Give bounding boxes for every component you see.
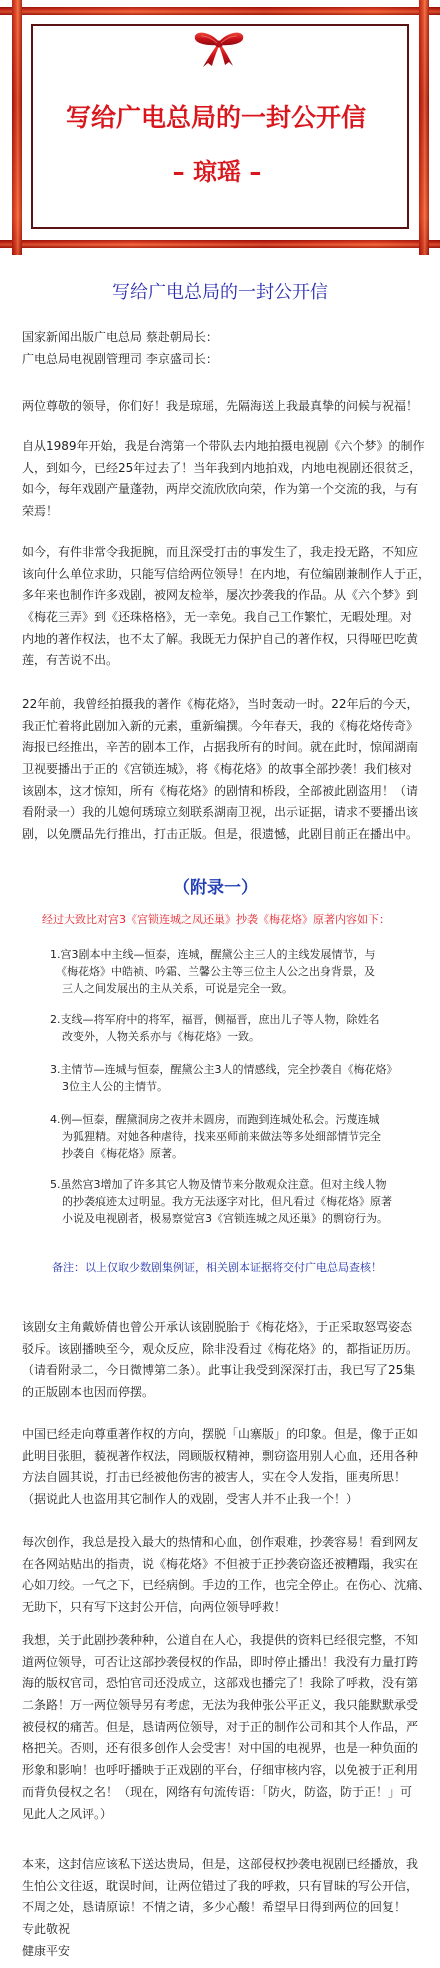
- text-line: 2.支线—将军府中的将军，福晋，侧福晋，庶出儿子等人物，除姓名: [50, 1011, 410, 1028]
- paragraph-incident: 如今，有件非常令我扼腕，而且深受打击的事发生了，我走投无路，不知应 该向什么单位…: [22, 542, 432, 672]
- appendix-item: 5.虽然宫3增加了许多其它人物及情节来分散观众注意。但对主线人物 的抄袭痕迹太过…: [50, 1176, 410, 1227]
- text-line: 1.宫3剧本中主线—恒泰，连城，醒黛公主三人的主线发展情节，与: [50, 946, 410, 963]
- text-line: 无助下，只有写下这封公开信，向两位领导呼救！: [22, 1597, 432, 1619]
- closing-salutation: 专此敬祝: [22, 1919, 432, 1941]
- text-line: 海报已经推出，辛苦的剧本工作，占据我所有的时间。就在此时，惊闻湖南: [22, 737, 432, 759]
- appendix-heading: （附录一）: [173, 876, 258, 900]
- text-line: 如今，每年戏剧产量蓬勃，两岸交流欣欣向荣，作为第一个交流的我，与有: [22, 479, 432, 501]
- text-line: （请看附录二，今日微博第二条）。此事让我受到深深打击，我已写了25集: [22, 1360, 432, 1382]
- ribbon-bottom: [0, 240, 440, 248]
- text-line: 多年来也制作许多戏剧，被网友检举，屡次抄袭我的作品。从《六个梦》到: [22, 585, 432, 607]
- ribbon-top: [0, 7, 440, 15]
- text-line: 格把关。否则，还有很多创作人会受害！对中国的电视界，也是一种负面的: [22, 1738, 432, 1760]
- text-line: 的正版剧本也因而停摆。: [22, 1382, 432, 1404]
- text-line: 我正忙着将此剧加入新的元素，重新编撰。今年春天，我的《梅花烙传奇》: [22, 716, 432, 738]
- paragraph-creation: 每次创作，我总是投入最大的热情和心血，创作艰难，抄袭容易！看到网友 在各网站贴出…: [22, 1532, 432, 1619]
- addressees: 国家新闻出版广电总局 蔡赴朝局长： 广电总局电视剧管理司 李京盛司长：: [22, 327, 432, 370]
- text-line: 为狐狸精。对她各种虐待，找来巫师前来做法等多处细部情节完全: [50, 1128, 410, 1145]
- header-author: – 琼瑶 –: [0, 157, 434, 187]
- text-line: 荣焉！: [22, 501, 432, 523]
- text-line: 卫视要播出于正的《宫锁连城》，将《梅花烙》的故事全部抄袭！我们核对: [22, 759, 432, 781]
- text-line: 我想，关于此剧抄袭种种，公道自在人心，我提供的资料已经很完整，不知: [22, 1630, 432, 1652]
- text-line: 而背负侵权之名！（现在，网络有句流传语：「防火，防盗，防于正！」可: [22, 1782, 432, 1804]
- appendix-item: 3.主情节—连城与恒泰，醒黛公主3人的情感线，完全抄袭自《梅花烙》 3位主人公的…: [50, 1061, 410, 1095]
- text-line: 见此人之风评。）: [22, 1804, 432, 1826]
- text-line: （据说此人也盗用其它制作人的戏剧，受害人并不止我一个！）: [22, 1489, 432, 1511]
- paragraph-closing: 本来，这封信应该私下送达贵局，但是，这部侵权抄袭电视剧已经播放，我 生怕公文往返…: [22, 1854, 432, 1962]
- appendix-subheading: 经过大致比对宫3《宫锁连城之凤还巢》抄袭《梅花烙》原著内容如下：: [42, 911, 390, 929]
- text-line: 自从1989年开始，我是台湾第一个带队去内地拍摄电视剧《六个梦》的制作: [22, 436, 432, 458]
- ribbon-bow-icon: [193, 30, 245, 68]
- text-line: 道两位领导，可否让这部抄袭侵权的作品，即时停止播出！我没有力量打跨: [22, 1652, 432, 1674]
- text-line: 22年前，我曾经拍摄我的著作《梅花烙》，当时轰动一时。22年后的今天，: [22, 694, 432, 716]
- text-line: 两位尊敬的领导，你们好！我是琼瑶，先隔海送上我最真挚的问候与祝福！: [22, 396, 432, 418]
- text-line: 抄袭自《梅花烙》原著。: [50, 1145, 410, 1162]
- text-line: 该剧女主角戴娇倩也曾公开承认该剧脱胎于《梅花烙》，于正采取怒骂姿态: [22, 1317, 432, 1339]
- paragraph-request: 我想，关于此剧抄袭种种，公道自在人心，我提供的资料已经很完整，不知 道两位领导，…: [22, 1630, 432, 1825]
- header-title: 写给广电总局的一封公开信: [0, 103, 432, 133]
- appendix-item: 1.宫3剧本中主线—恒泰，连城，醒黛公主三人的主线发展情节，与 《梅花烙》中皓祯…: [50, 946, 410, 997]
- text-line: 形象和影响！也呼吁播映于正戏剧的平台，仔细审核内容，以免被于正利用: [22, 1760, 432, 1782]
- appendix-note: 备注：以上仅取少数剧集例证，相关剧本证据将交付广电总局查核！: [52, 1259, 382, 1277]
- appendix-item: 2.支线—将军府中的将军，福晋，侧福晋，庶出儿子等人物，除姓名 改变外，人物关系…: [50, 1011, 410, 1045]
- text-line: 4.例—恒泰，醒黛洞房之夜并未圆房，而跑到连城处私会。污蔑连城: [50, 1111, 410, 1128]
- text-line: 三人之间发展出的主从关系，可说是完全一致。: [50, 980, 410, 997]
- text-line: 改变外，人物关系亦与《梅花烙》一致。: [50, 1028, 410, 1045]
- text-line: 中国已经走向尊重著作权的方向，摆脱「山寨版」的印象。但是，像于正如: [22, 1424, 432, 1446]
- text-line: 人，到如今，已经25年过去了！当年我到内地拍戏，内地电视剧还很贫乏，: [22, 458, 432, 480]
- text-line: 不周之处，恳请原谅！不情之请，多少心酸！希望早日得到两位的回复！: [22, 1897, 432, 1919]
- text-line: 二条路！万一两位领导另有考虑，无法为我伸张公平正义，我只能默默承受: [22, 1695, 432, 1717]
- text-line: 小说及电视剧者，极易察觉宫3《宫锁连城之凤还巢》的剽窃行为。: [50, 1210, 410, 1227]
- text-line: 莲，有苦说不出。: [22, 650, 432, 672]
- letter-title: 写给广电总局的一封公开信: [0, 281, 440, 305]
- addressee-line: 广电总局电视剧管理司 李京盛司长：: [22, 349, 432, 371]
- addressee-line: 国家新闻出版广电总局 蔡赴朝局长：: [22, 327, 432, 349]
- text-line: 方法自圆其说，打击已经被他伤害的被害人，实在令人发指，匪夷所思！: [22, 1467, 432, 1489]
- text-line: 在各网站贴出的指责，说《梅花烙》不但被于正抄袭窃盗还被糟蹋，我实在: [22, 1554, 432, 1576]
- text-line: 如今，有件非常令我扼腕，而且深受打击的事发生了，我走投无路，不知应: [22, 542, 432, 564]
- paragraph-copyright: 中国已经走向尊重著作权的方向，摆脱「山寨版」的印象。但是，像于正如 此明目张胆，…: [22, 1424, 432, 1511]
- text-line: 内地的著作权法，也不太了解。我既无力保护自己的著作权，只得哑巴吃黄: [22, 629, 432, 651]
- paragraph-greeting: 两位尊敬的领导，你们好！我是琼瑶，先隔海送上我最真挚的问候与祝福！: [22, 396, 432, 418]
- paragraph-meihualuo: 22年前，我曾经拍摄我的著作《梅花烙》，当时轰动一时。22年后的今天， 我正忙着…: [22, 694, 432, 846]
- text-line: 该向什么单位求助，只能写信给两位领导！在内地，有位编剧兼制作人于正，: [22, 564, 432, 586]
- text-line: 被侵权的痛苦。但是，恳请两位领导，对于正的制作公司和其个人作品，严: [22, 1717, 432, 1739]
- text-line: 5.虽然宫3增加了许多其它人物及情节来分散观众注意。但对主线人物: [50, 1176, 410, 1193]
- text-line: 《梅花三弄》到《还珠格格》，无一幸免。我自己工作繁忙，无暇处理。对: [22, 607, 432, 629]
- text-line: 心如刀绞。一气之下，已经病倒。手边的工作，也完全停止。在伤心、沈痛、: [22, 1575, 432, 1597]
- text-line: 此明目张胆，藐视著作权法，罔顾版权精神，剽窃盗用别人心血，还用各种: [22, 1446, 432, 1468]
- text-line: 海的版权官司，恐怕官司还没成立，这部戏也播完了！我除了呼救，没有第: [22, 1673, 432, 1695]
- paragraph-actress: 该剧女主角戴娇倩也曾公开承认该剧脱胎于《梅花烙》，于正采取怒骂姿态 驳斥。该剧播…: [22, 1317, 432, 1404]
- closing-wish: 健康平安: [22, 1941, 432, 1963]
- text-line: 看附录一）我的儿媳何琇琼立刻联系湖南卫视，出示证据，请求不要播出该: [22, 802, 432, 824]
- text-line: 3位主人公的主情节。: [50, 1078, 410, 1095]
- text-line: 本来，这封信应该私下送达贵局，但是，这部侵权抄袭电视剧已经播放，我: [22, 1854, 432, 1876]
- text-line: 该剧本，这才惊知，所有《梅花烙》的剧情和桥段，全部被此剧盗用！（请: [22, 781, 432, 803]
- text-line: 的抄袭痕迹太过明显。我方无法逐字对比，但凡看过《梅花烙》原著: [50, 1193, 410, 1210]
- text-line: 驳斥。该剧播映至今，观众反应，除非没看过《梅花烙》的，都指证历历。: [22, 1339, 432, 1361]
- text-line: 生怕公文往返，耽误时间，让两位错过了我的呼救，只有冒昧的写公开信，: [22, 1876, 432, 1898]
- text-line: 3.主情节—连城与恒泰，醒黛公主3人的情感线，完全抄袭自《梅花烙》: [50, 1061, 410, 1078]
- text-line: 每次创作，我总是投入最大的热情和心血，创作艰难，抄袭容易！看到网友: [22, 1532, 432, 1554]
- paragraph-history: 自从1989年开始，我是台湾第一个带队去内地拍摄电视剧《六个梦》的制作 人，到如…: [22, 436, 432, 523]
- appendix-item: 4.例—恒泰，醒黛洞房之夜并未圆房，而跑到连城处私会。污蔑连城 为狐狸精。对她各…: [50, 1111, 410, 1162]
- text-line: 《梅花烙》中皓祯、吟霜、兰馨公主等三位主人公之出身背景，及: [50, 963, 410, 980]
- text-line: 剧，以免赝品先行推出，打击正版。但是，很遗憾，此剧目前正在播出中。: [22, 824, 432, 846]
